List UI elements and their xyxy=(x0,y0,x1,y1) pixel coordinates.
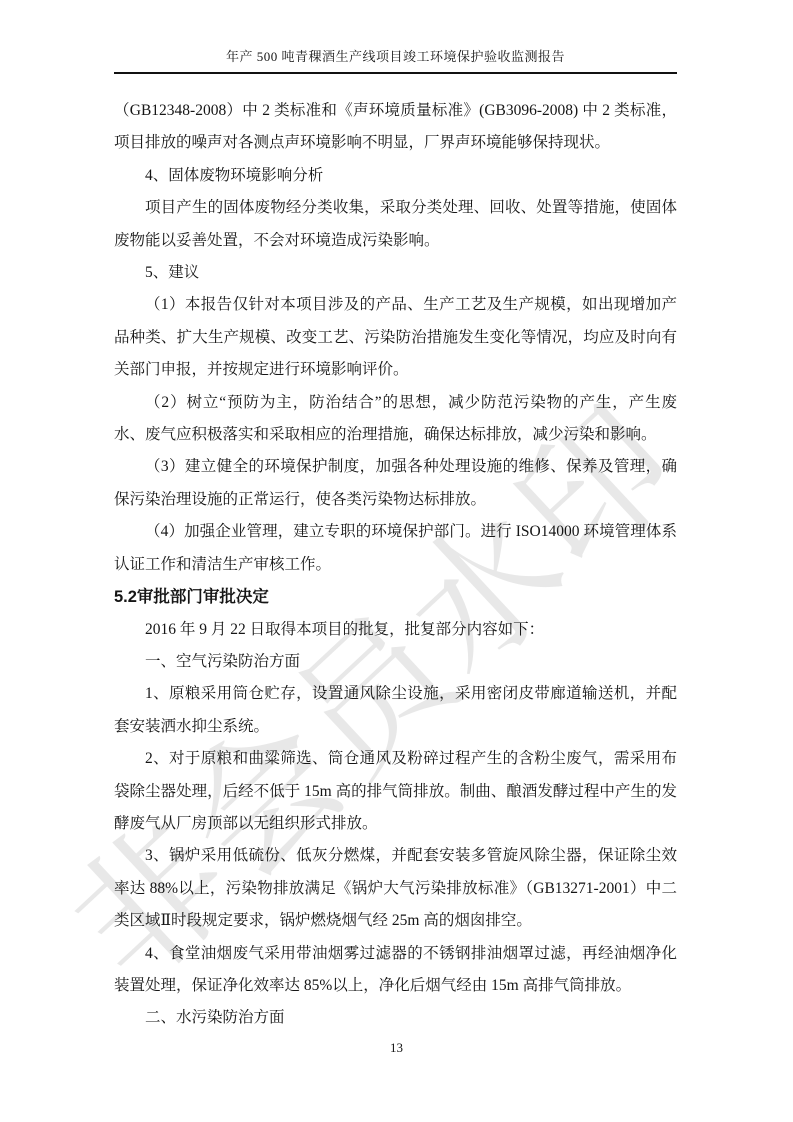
page-number: 13 xyxy=(390,1040,403,1055)
section-heading: 5.2审批部门审批决定 xyxy=(114,581,677,613)
page-footer: 13 xyxy=(0,1040,793,1056)
paragraph: （1）本报告仅针对本项目涉及的产品、生产工艺及生产规模，如出现增加产品种类、扩大… xyxy=(114,289,677,386)
paragraph: 一、空气污染防治方面 xyxy=(114,646,677,678)
paragraph: 3、锅炉采用低硫份、低灰分燃煤，并配套安装多管旋风除尘器，保证除尘效率达 88%… xyxy=(114,840,677,937)
document-page: 非会员水印 年产 500 吨青稞酒生产线项目竣工环境保护验收监测报告 （GB12… xyxy=(0,0,793,1122)
paragraph: 二、水污染防治方面 xyxy=(114,1002,677,1034)
paragraph: 4、固体废物环境影响分析 xyxy=(114,160,677,192)
page-header: 年产 500 吨青稞酒生产线项目竣工环境保护验收监测报告 xyxy=(114,46,677,74)
paragraph: （4）加强企业管理，建立专职的环境保护部门。进行 ISO14000 环境管理体系… xyxy=(114,516,677,581)
paragraph: 5、建议 xyxy=(114,257,677,289)
paragraph: 4、食堂油烟废气采用带油烟雾过滤器的不锈钢排油烟罩过滤，再经油烟净化装置处理，保… xyxy=(114,938,677,1003)
paragraph: （3）建立健全的环境保护制度，加强各种处理设施的维修、保养及管理，确保污染治理设… xyxy=(114,451,677,516)
paragraph: （GB12348-2008）中 2 类标准和《声环境质量标准》(GB3096-2… xyxy=(114,95,677,160)
page-header-title: 年产 500 吨青稞酒生产线项目竣工环境保护验收监测报告 xyxy=(226,49,565,64)
paragraph: 项目产生的固体废物经分类收集，采取分类处理、回收、处置等措施，使固体废物能以妥善… xyxy=(114,192,677,257)
document-body: （GB12348-2008）中 2 类标准和《声环境质量标准》(GB3096-2… xyxy=(114,95,677,1035)
paragraph: 2、对于原粮和曲粱筛选、筒仓通风及粉碎过程产生的含粉尘废气，需采用布袋除尘器处理… xyxy=(114,743,677,840)
paragraph: 2016 年 9 月 22 日取得本项目的批复，批复部分内容如下： xyxy=(114,614,677,646)
paragraph: 1、原粮采用筒仓贮存，设置通风除尘设施，采用密闭皮带廊道输送机，并配套安装洒水抑… xyxy=(114,678,677,743)
paragraph: （2）树立“预防为主，防治结合”的思想，减少防范污染物的产生，产生废水、废气应积… xyxy=(114,387,677,452)
